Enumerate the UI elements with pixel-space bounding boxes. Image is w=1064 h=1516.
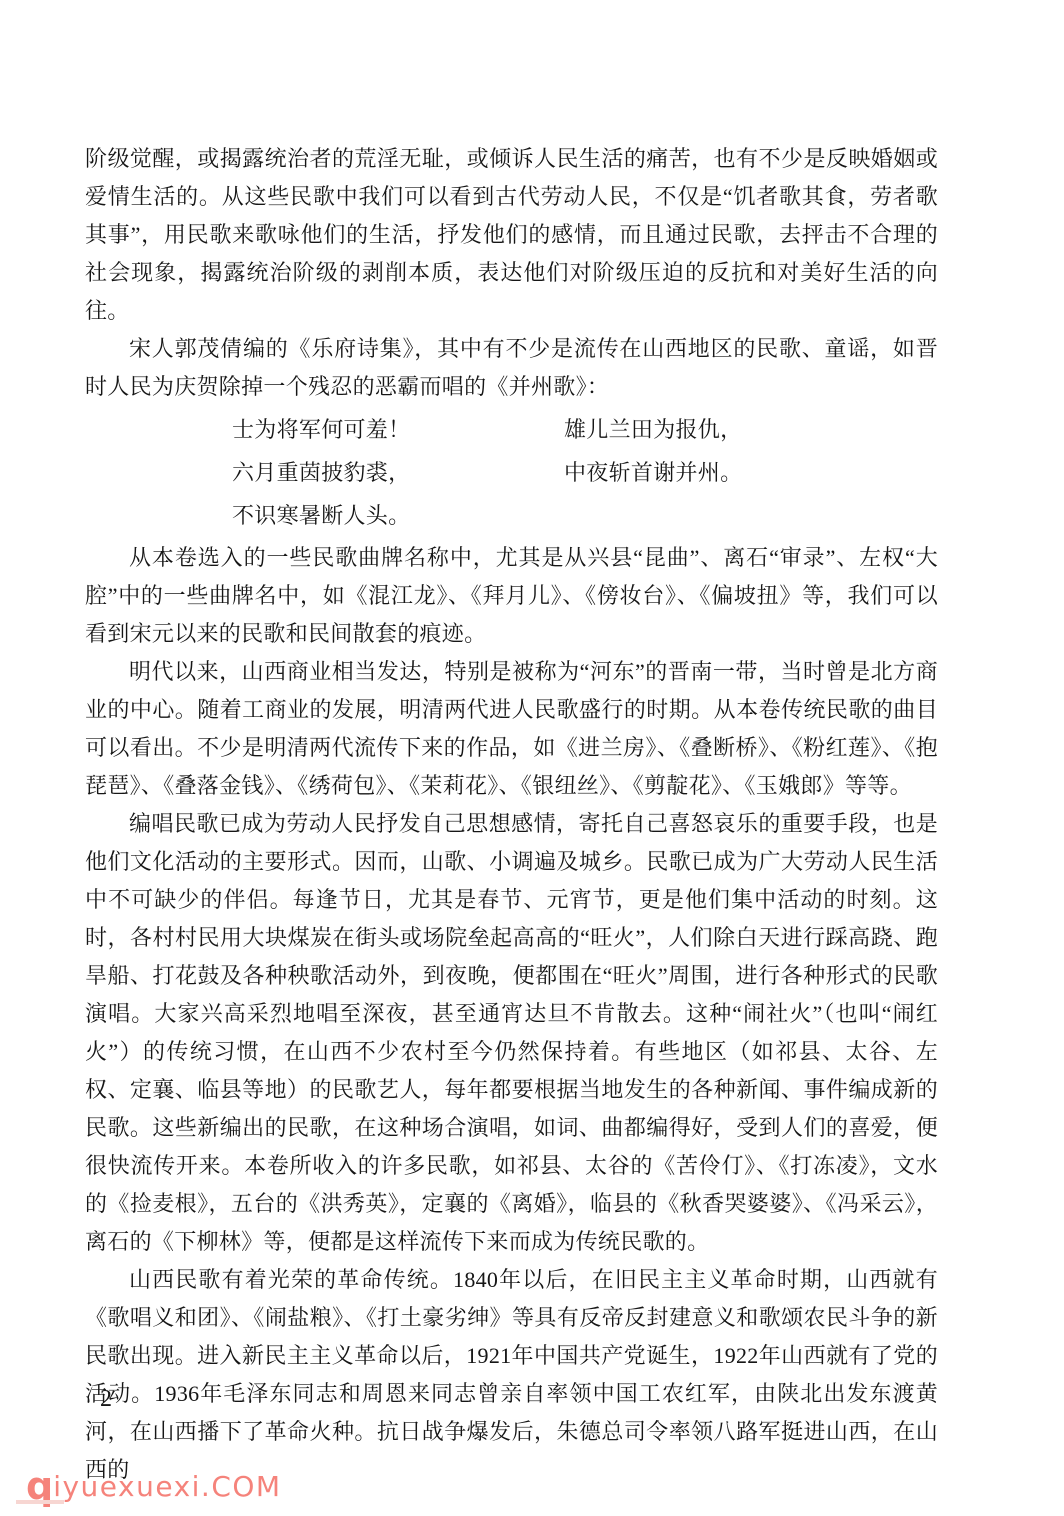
paragraph-class-awakening: 阶级觉醒，或揭露统治者的荒淫无耻，或倾诉人民生活的痛苦，也有不少是反映婚姻或爱情… bbox=[85, 140, 938, 330]
paragraph-folk-song-life: 编唱民歌已成为劳动人民抒发自己思想感情，寄托自己喜怒哀乐的重要手段，也是他们文化… bbox=[85, 805, 938, 1261]
paragraph-qupai-names: 从本卷选入的一些民歌曲牌名称中，尤其是从兴县“昆曲”、离石“审录”、左权“大腔”… bbox=[85, 539, 938, 653]
poem-line: 雄儿兰田为报仇， bbox=[564, 408, 894, 451]
watermark: qiyuexuexi.COM bbox=[26, 1464, 282, 1508]
poem-line: 六月重茵披豹裘， bbox=[232, 451, 564, 494]
poem-line: 士为将军何可羞！ bbox=[232, 408, 564, 451]
poem-left-column: 士为将军何可羞！ 六月重茵披豹裘， 不识寒暑断人头。 bbox=[232, 408, 564, 537]
poem-bingzhou-ge: 士为将军何可羞！ 六月重茵披豹裘， 不识寒暑断人头。 雄儿兰田为报仇， 中夜斩首… bbox=[85, 408, 938, 537]
paragraph-revolutionary-tradition: 山西民歌有着光荣的革命传统。1840年以后，在旧民主主义革命时期，山西就有《歌唱… bbox=[85, 1261, 938, 1489]
watermark-text: iyuexuexi.COM bbox=[53, 1470, 281, 1503]
poem-line: 中夜斩首谢并州。 bbox=[564, 451, 894, 494]
paragraph-ming-dynasty: 明代以来，山西商业相当发达，特别是被称为“河东”的晋南一带，当时曾是北方商业的中… bbox=[85, 653, 938, 805]
book-page: 阶级觉醒，或揭露统治者的荒淫无耻，或倾诉人民生活的痛苦，也有不少是反映婚姻或爱情… bbox=[0, 0, 1064, 1516]
paragraph-yuefu-shiji: 宋人郭茂倩编的《乐府诗集》，其中有不少是流传在山西地区的民歌、童谣，如晋时人民为… bbox=[85, 330, 938, 406]
poem-line: 不识寒暑断人头。 bbox=[232, 494, 564, 537]
body-text: 阶级觉醒，或揭露统治者的荒淫无耻，或倾诉人民生活的痛苦，也有不少是反映婚姻或爱情… bbox=[85, 140, 938, 1489]
watermark-underline bbox=[16, 1500, 64, 1504]
page-number: 2 bbox=[100, 1386, 112, 1413]
poem-right-column: 雄儿兰田为报仇， 中夜斩首谢并州。 bbox=[564, 408, 894, 537]
